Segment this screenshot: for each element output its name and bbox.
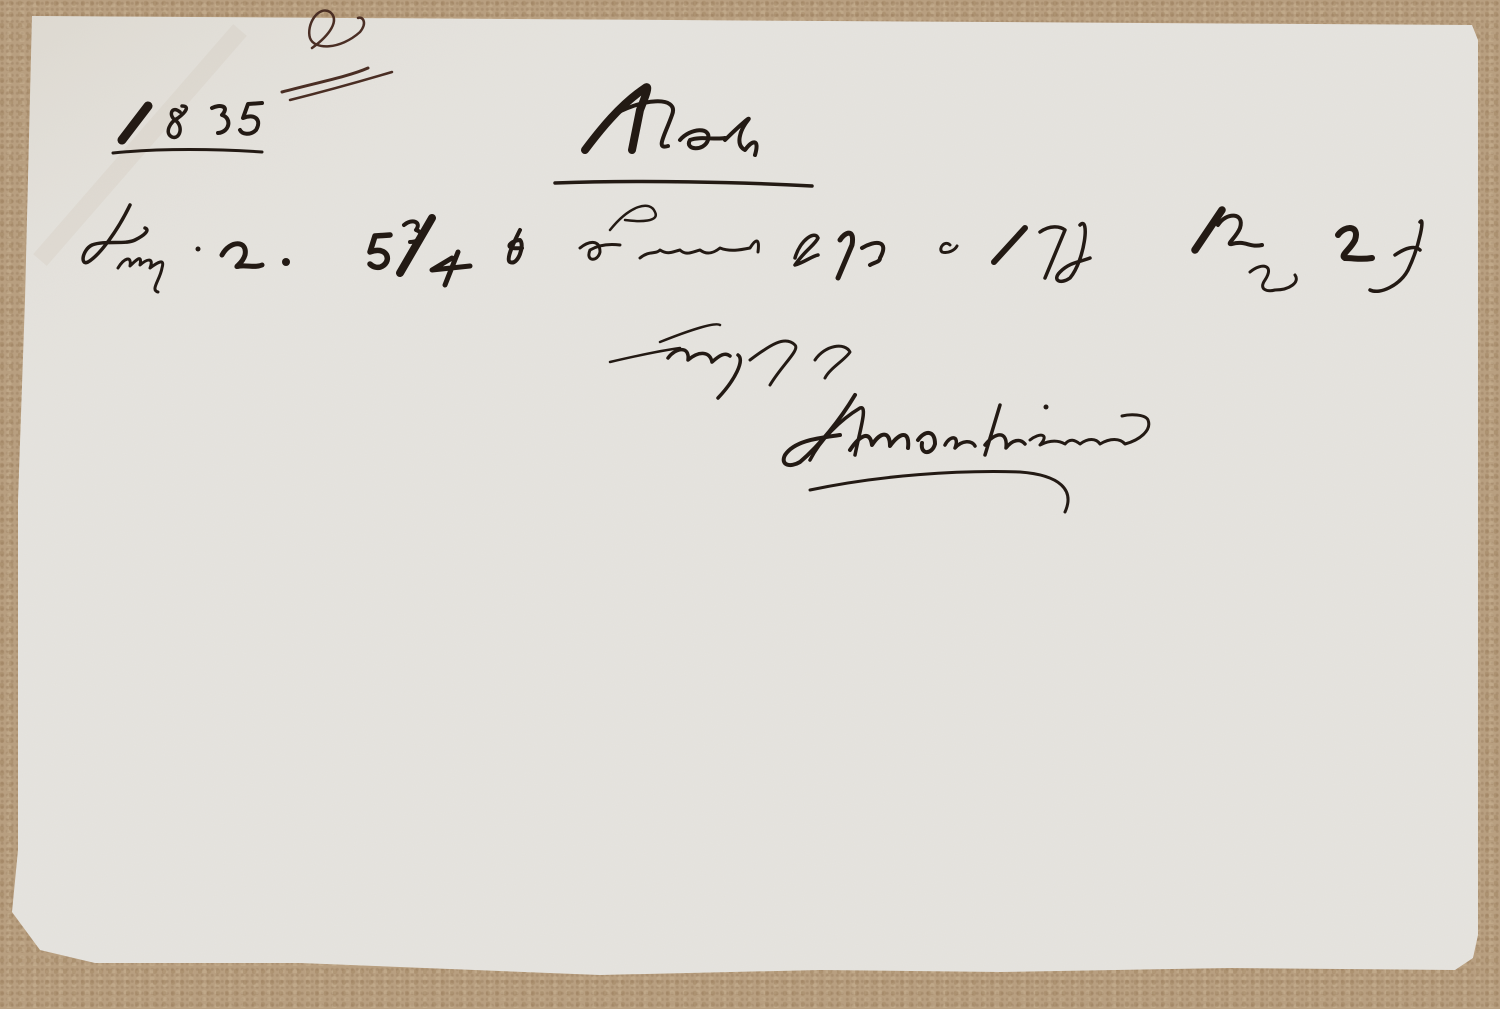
title-text: Note — [590, 90, 728, 146]
document-sheet — [0, 0, 1500, 1009]
entry-quantity: 5 3/4 — [368, 220, 481, 264]
signature-text: J. Mosheim — [780, 405, 1049, 453]
year-text: 1835 — [112, 100, 214, 140]
entry-item: ℔ Lammfleisch — [500, 220, 804, 260]
receipt-word-text: bezahlt — [612, 335, 761, 375]
paper-svg — [0, 0, 1500, 1009]
entry-rate: a 1 7/8 — [940, 220, 1093, 264]
entry-date: Junj 2. — [82, 220, 226, 264]
entry-amount-groschen: 12 gl. — [1190, 215, 1316, 259]
corner-mark-text: e — [318, 18, 338, 52]
entry-amount-pfennig: 2 d. — [1335, 220, 1419, 264]
